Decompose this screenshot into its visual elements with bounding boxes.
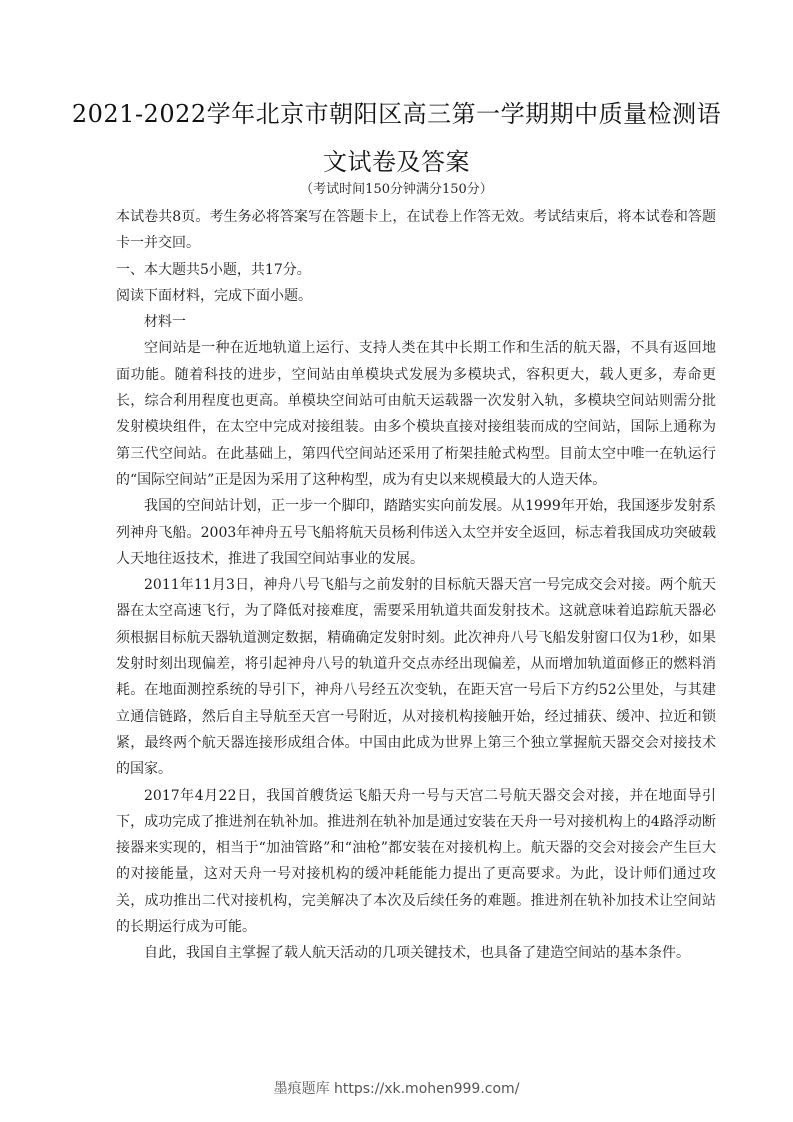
exam-instructions: 本试卷共8页。考生务必将答案写在答题卡上，在试卷上作答无效。考试结束后，将本试卷… bbox=[116, 204, 716, 257]
document-title-line-2: 文试卷及答案 bbox=[0, 142, 793, 177]
reading-instruction: 阅读下面材料，完成下面小题。 bbox=[116, 283, 716, 309]
paragraph-space-station-intro: 空间站是一种在近地轨道上运行、支持人类在其中长期工作和生活的航天器，不具有返回地… bbox=[116, 335, 716, 493]
watermark-text: 墨痕题库 https://xk.mohen999.com/ bbox=[274, 1081, 520, 1097]
paragraph-tianzhou-1-refuel: 2017年4月22日，我国首艘货运飞船天舟一号与天宫二号航天器交会对接，并在地面… bbox=[116, 783, 716, 941]
material-label: 材料一 bbox=[116, 309, 716, 335]
section-heading: 一、本大题共5小题，共17分。 bbox=[116, 257, 716, 283]
watermark-footer: 墨痕题库 https://xk.mohen999.com/ bbox=[0, 1078, 793, 1098]
exam-time-subtitle: （考试时间150分钟满分150分） bbox=[0, 178, 793, 197]
paragraph-shenzhou-program: 我国的空间站计划，正一步一个脚印，踏踏实实向前发展。从1999年开始，我国逐步发… bbox=[116, 493, 716, 572]
paragraph-shenzhou-8-docking: 2011年11月3日，神舟八号飞船与之前发射的目标航天器天宫一号完成交会对接。两… bbox=[116, 572, 716, 782]
document-body: 本试卷共8页。考生务必将答案写在答题卡上，在试卷上作答无效。考试结束后，将本试卷… bbox=[116, 204, 716, 967]
document-page: 2021-2022学年北京市朝阳区高三第一学期期中质量检测语 文试卷及答案 （考… bbox=[0, 0, 793, 1122]
document-title-line-1: 2021-2022学年北京市朝阳区高三第一学期期中质量检测语 bbox=[0, 94, 793, 129]
paragraph-conclusion: 自此，我国自主掌握了载人航天活动的几项关键技术，也具备了建造空间站的基本条件。 bbox=[116, 940, 716, 966]
